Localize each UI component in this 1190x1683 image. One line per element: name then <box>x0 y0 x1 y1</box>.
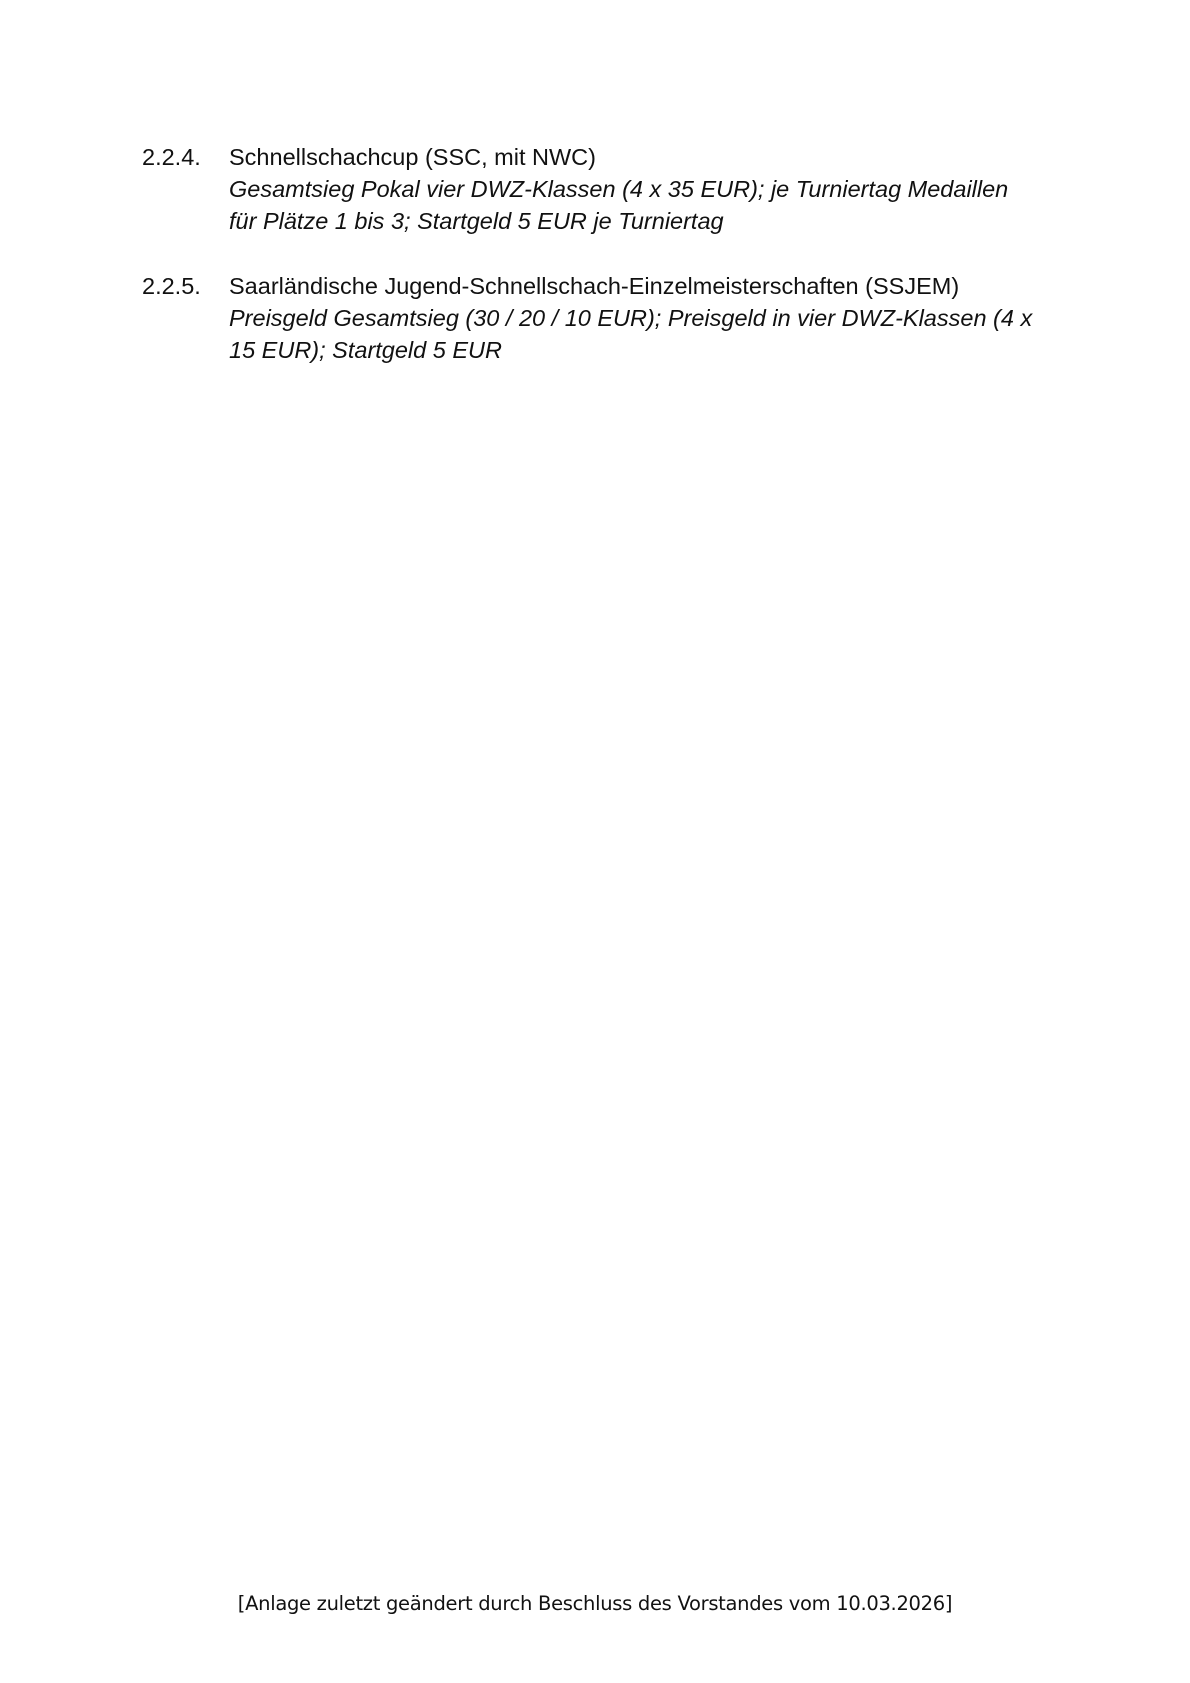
section-description: Preisgeld Gesamtsieg (30 / 20 / 10 EUR);… <box>229 302 1079 366</box>
description-line: Gesamtsieg Pokal vier DWZ-Klassen (4 x 3… <box>229 173 1079 205</box>
section-body: Schnellschachcup (SSC, mit NWC) Gesamtsi… <box>229 141 1079 237</box>
section-description: Gesamtsieg Pokal vier DWZ-Klassen (4 x 3… <box>229 173 1079 237</box>
section-number: 2.2.5. <box>142 270 229 302</box>
section-body: Saarländische Jugend-Schnellschach-Einze… <box>229 270 1079 366</box>
description-line: Preisgeld Gesamtsieg (30 / 20 / 10 EUR);… <box>229 302 1079 334</box>
section-title: Schnellschachcup (SSC, mit NWC) <box>229 141 1079 173</box>
description-line: 15 EUR); Startgeld 5 EUR <box>229 334 1079 366</box>
footer-note: [Anlage zuletzt geändert durch Beschluss… <box>0 1591 1190 1617</box>
section-2-2-5: 2.2.5. Saarländische Jugend-Schnellschac… <box>142 270 1072 366</box>
description-line: für Plätze 1 bis 3; Startgeld 5 EUR je T… <box>229 205 1079 237</box>
section-row: 2.2.4. Schnellschachcup (SSC, mit NWC) G… <box>142 141 1072 237</box>
section-title: Saarländische Jugend-Schnellschach-Einze… <box>229 270 1079 302</box>
section-2-2-4: 2.2.4. Schnellschachcup (SSC, mit NWC) G… <box>142 141 1072 237</box>
section-number: 2.2.4. <box>142 141 229 173</box>
section-row: 2.2.5. Saarländische Jugend-Schnellschac… <box>142 270 1072 366</box>
